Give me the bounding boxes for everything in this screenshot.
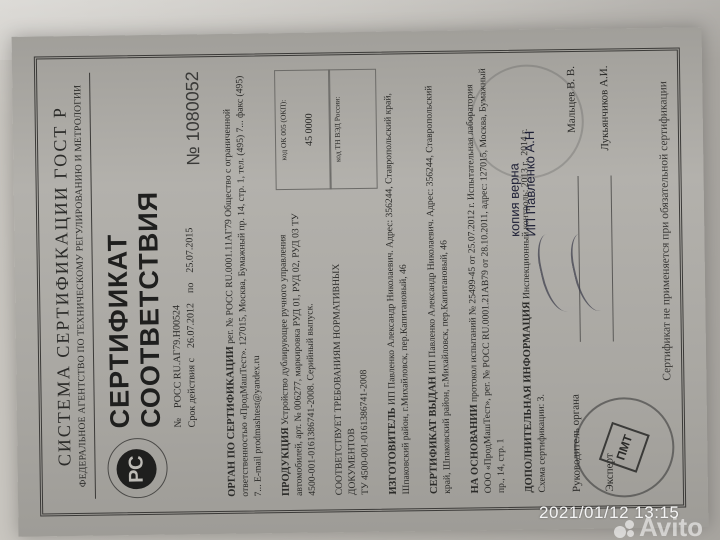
validity-line: Срок действия с 26.07.2012 по 25.07.2015… <box>182 71 208 427</box>
blank-number: № 1080052 <box>182 71 204 166</box>
tnved-code-label: код ТН ВЭД России: <box>332 70 344 188</box>
agency-name: ФЕДЕРАЛЬНОЕ АГЕНТСТВО ПО ТЕХНИЧЕСКОМУ РЕ… <box>72 73 96 499</box>
avito-logo-icon <box>614 518 636 538</box>
okp-code-box: код ОК 005 (ОКП): 45 0000 <box>274 69 332 190</box>
gost-r-logo-icon: РС <box>107 438 168 499</box>
tnved-code-box: код ТН ВЭД России: <box>328 69 378 190</box>
section-compliance: СООТВЕТСТВУЕТ ТРЕБОВАНИЯМ НОРМАТИВНЫХ ДО… <box>328 69 373 496</box>
certificate-paper: СИСТЕМА СЕРТИФИКАЦИИ ГОСТ Р ФЕДЕРАЛЬНОЕ … <box>12 27 709 537</box>
signature-line <box>593 175 614 341</box>
avito-wordmark: Avito <box>639 512 703 540</box>
certificate-number: РОСС RU.AГ79.H00524 <box>171 305 183 408</box>
valid-to: 25.07.2015 <box>184 227 206 272</box>
additional-label: ДОПОЛНИТЕЛЬНАЯ ИНФОРМАЦИЯ <box>521 301 535 492</box>
issued-to-label: СЕРТИФИКАТ ВЫДАН <box>427 376 440 494</box>
section-organ: ОРГАН ПО СЕРТИФИКАЦИИ рег. № РОСС RU.000… <box>220 70 266 497</box>
section-product: ПРОДУКЦИЯ Устройство дублирующее ручного… <box>274 70 320 497</box>
section-issued-to: СЕРТИФИКАТ ВЫДАН ИП Павленко Александр Н… <box>422 68 455 494</box>
signature-name: Лукьянчиков А.И. <box>598 65 612 175</box>
certificate-title: СЕРТИФИКАТ СООТВЕТСТВИЯ <box>100 72 167 429</box>
organ-label: ОРГАН ПО СЕРТИФИКАЦИИ <box>225 346 238 497</box>
scheme-text: Схема сертификации: 3. <box>536 394 548 492</box>
compliance-label: СООТВЕТСТВУЕТ ТРЕБОВАНИЯМ НОРМАТИВНЫХ ДО… <box>331 264 358 496</box>
basis-label: НА ОСНОВАНИИ <box>469 404 481 493</box>
compliance-text: ТУ 4500-001-0161386741-2008 <box>358 370 371 496</box>
certificate-frame: СИСТЕМА СЕРТИФИКАЦИИ ГОСТ Р ФЕДЕРАЛЬНОЕ … <box>34 48 686 517</box>
copy-note-line1: копия верна <box>506 131 524 237</box>
stamp-mark: ПМТ <box>599 422 650 473</box>
avito-watermark: Avito <box>614 512 703 540</box>
valid-to-label: по <box>185 282 206 293</box>
certificate-number-line: № РОСС RU.AГ79.H00524 <box>168 72 184 428</box>
okp-code-label: код ОК 005 (ОКП): <box>278 71 290 189</box>
copy-note-line2: ИП Павленко А.Н <box>522 131 540 237</box>
section-manufacturer: ИЗГОТОВИТЕЛЬ ИП Павленко Александр Никол… <box>381 68 414 494</box>
product-label: ПРОДУКЦИЯ <box>280 427 292 496</box>
number-label: № <box>173 418 184 428</box>
valid-from: 26.07.2012 <box>185 303 207 348</box>
organization-stamp-icon: ПМТ <box>574 397 675 498</box>
certificate-header: РС СЕРТИФИКАТ СООТВЕТСТВИЯ № РОСС RU.AГ7… <box>98 71 212 498</box>
manufacturer-label: ИЗГОТОВИТЕЛЬ <box>387 407 399 494</box>
handwritten-copy-note: копия верна ИП Павленко А.Н <box>506 131 540 237</box>
validity-label: Срок действия с <box>186 358 208 428</box>
okp-code-value: 45 0000 <box>302 71 317 189</box>
